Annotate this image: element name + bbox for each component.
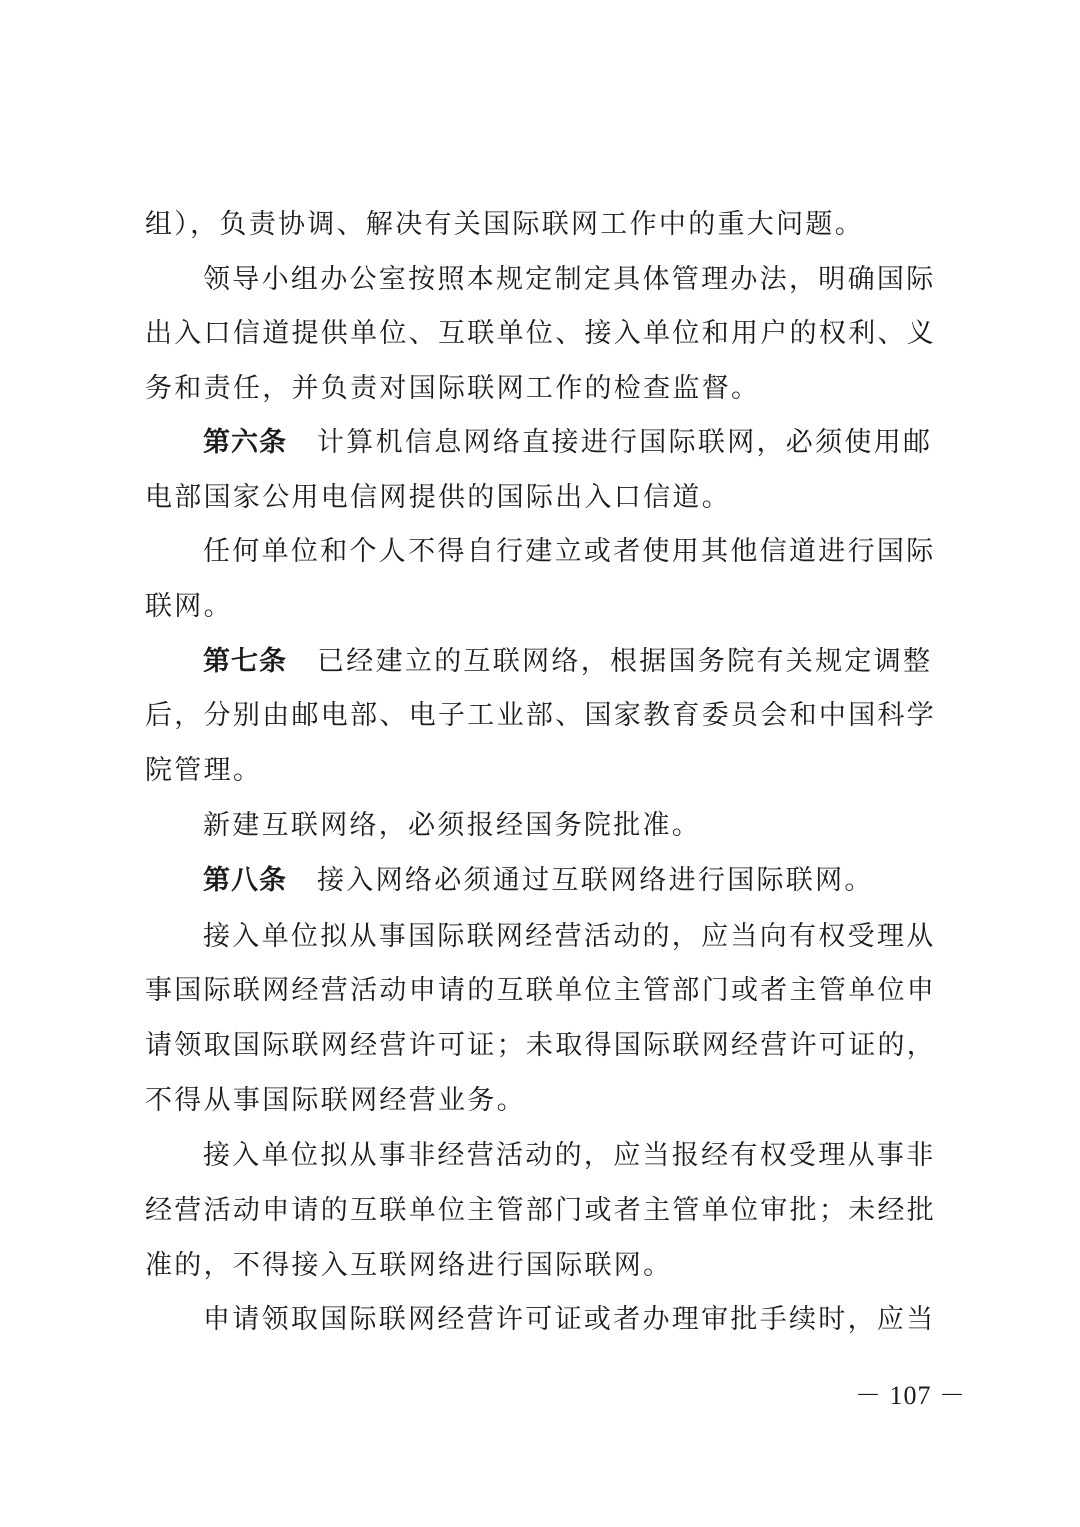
text-line-20: 准的，不得接入互联网络进行国际联网。: [145, 1246, 945, 1286]
line-text: 领导小组办公室按照本规定制定具体管理办法，明确国际: [203, 264, 936, 295]
text-line-1: 组），负责协调、解决有关国际联网工作中的重大问题。: [145, 205, 945, 245]
text-line-17: 不得从事国际联网经营业务。: [145, 1081, 945, 1121]
text-line-10: 后，分别由邮电部、电子工业部、国家教育委员会和中国科学: [145, 696, 945, 736]
article-heading-7: 第七条: [203, 646, 287, 677]
text-line-19: 经营活动申请的互联单位主管部门或者主管单位审批；未经批: [145, 1191, 945, 1231]
line-text: 联网。: [145, 591, 233, 622]
document-page: 组），负责协调、解决有关国际联网工作中的重大问题。 领导小组办公室按照本规定制定…: [0, 0, 1080, 1527]
article-heading-6: 第六条: [203, 427, 287, 458]
text-line-11: 院管理。: [145, 751, 945, 791]
text-line-8: 联网。: [145, 587, 945, 627]
text-line-7: 任何单位和个人不得自行建立或者使用其他信道进行国际: [203, 532, 1003, 572]
line-text: 计算机信息网络直接进行国际联网，必须使用邮: [317, 427, 932, 458]
line-text: 接入单位拟从事非经营活动的，应当报经有权受理从事非: [203, 1140, 936, 1171]
text-line-3: 出入口信道提供单位、互联单位、接入单位和用户的权利、义: [145, 314, 945, 354]
line-text: 后，分别由邮电部、电子工业部、国家教育委员会和中国科学: [145, 700, 936, 731]
text-line-9: 第七条已经建立的互联网络，根据国务院有关规定调整: [203, 642, 1003, 682]
text-line-18: 接入单位拟从事非经营活动的，应当报经有权受理从事非: [203, 1136, 1003, 1176]
line-text: 申请领取国际联网经营许可证或者办理审批手续时，应当: [203, 1304, 936, 1335]
page-number: － 107 －: [855, 1375, 966, 1412]
text-line-4: 务和责任，并负责对国际联网工作的检查监督。: [145, 369, 945, 409]
line-text: 事国际联网经营活动申请的互联单位主管部门或者主管单位申: [145, 975, 936, 1006]
text-line-12: 新建互联网络，必须报经国务院批准。: [203, 806, 1003, 846]
line-text: 新建互联网络，必须报经国务院批准。: [203, 810, 701, 841]
line-text: 已经建立的互联网络，根据国务院有关规定调整: [317, 646, 932, 677]
line-text: 接入单位拟从事国际联网经营活动的，应当向有权受理从: [203, 921, 936, 952]
text-line-6: 电部国家公用电信网提供的国际出入口信道。: [145, 478, 945, 518]
line-text: 接入网络必须通过互联网络进行国际联网。: [317, 865, 874, 896]
line-text: 任何单位和个人不得自行建立或者使用其他信道进行国际: [203, 536, 936, 567]
line-text: 电部国家公用电信网提供的国际出入口信道。: [145, 482, 731, 513]
line-text: 准的，不得接入互联网络进行国际联网。: [145, 1250, 672, 1281]
text-line-15: 事国际联网经营活动申请的互联单位主管部门或者主管单位申: [145, 971, 945, 1011]
text-line-16: 请领取国际联网经营许可证；未取得国际联网经营许可证的，: [145, 1026, 945, 1066]
article-heading-8: 第八条: [203, 865, 287, 896]
text-line-2: 领导小组办公室按照本规定制定具体管理办法，明确国际: [203, 260, 1003, 300]
text-line-14: 接入单位拟从事国际联网经营活动的，应当向有权受理从: [203, 917, 1003, 957]
line-text: 出入口信道提供单位、互联单位、接入单位和用户的权利、义: [145, 318, 936, 349]
line-text: 组），负责协调、解决有关国际联网工作中的重大问题。: [145, 209, 864, 240]
text-line-5: 第六条计算机信息网络直接进行国际联网，必须使用邮: [203, 423, 1003, 463]
line-text: 经营活动申请的互联单位主管部门或者主管单位审批；未经批: [145, 1195, 936, 1226]
line-text: 不得从事国际联网经营业务。: [145, 1085, 526, 1116]
line-text: 务和责任，并负责对国际联网工作的检查监督。: [145, 373, 760, 404]
text-line-21: 申请领取国际联网经营许可证或者办理审批手续时，应当: [203, 1300, 1003, 1340]
line-text: 请领取国际联网经营许可证；未取得国际联网经营许可证的，: [145, 1030, 936, 1061]
line-text: 院管理。: [145, 755, 262, 786]
text-line-13: 第八条接入网络必须通过互联网络进行国际联网。: [203, 861, 1003, 901]
